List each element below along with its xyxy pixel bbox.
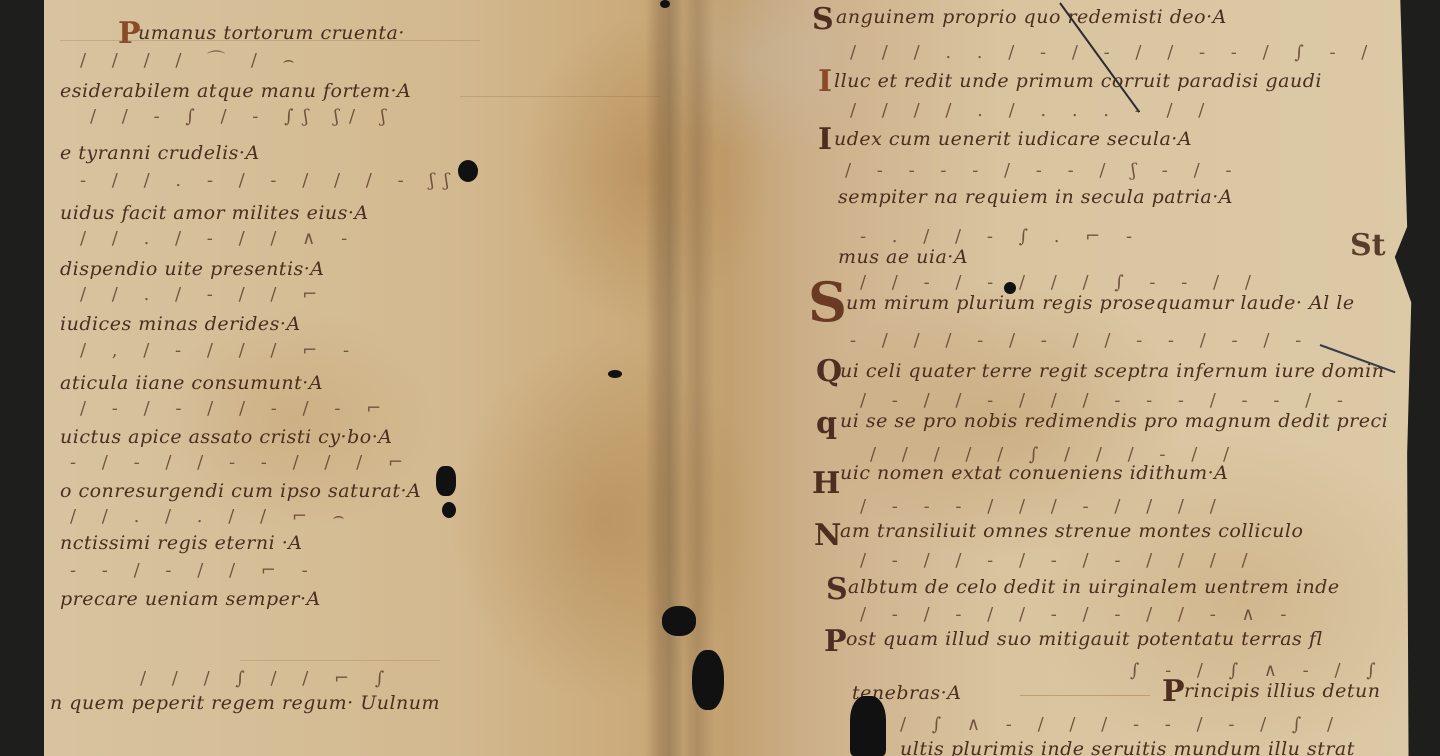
ruling-line <box>60 40 480 41</box>
neume-row: / / . / - / / ∧ - <box>80 228 357 249</box>
center-fold <box>645 0 715 756</box>
decorated-initial: S <box>808 270 847 334</box>
neume-row: / / . / - / / ⌐ <box>80 284 327 305</box>
neume-row: - / / . - / - / / / - ʃʃ <box>80 170 459 191</box>
initial-letter: I <box>818 64 832 99</box>
text-line: udex cum uenerit iudicare secula·A <box>834 128 1192 150</box>
text-line: nctissimi regis eterni ·A <box>60 532 302 554</box>
hole-damage <box>660 0 670 8</box>
text-line: lluc et redit unde primum corruit paradi… <box>834 70 1322 92</box>
hole-damage <box>458 160 478 182</box>
initial-letter: S <box>826 572 848 607</box>
neume-row: - / - / / - - / / / ⌐ <box>70 452 413 473</box>
ruling-line <box>1020 695 1150 696</box>
neume-row: - - / - / / ⌐ - <box>70 560 318 581</box>
initial-letter: S <box>812 2 834 37</box>
text-line: precare ueniam semper·A <box>60 588 321 610</box>
text-line: ui se se pro nobis redimendis pro magnum… <box>840 410 1388 432</box>
neume-row: - / / / - / - / / - - / - / - <box>850 330 1311 351</box>
initial-letter: P <box>824 624 847 659</box>
text-line: sempiter na requiem in secula patria·A <box>838 186 1233 208</box>
text-line: uictus apice assato cristi cy·bo·A <box>60 426 392 448</box>
text-line: dispendio uite presentis·A <box>60 258 325 280</box>
text-line: ui celi quater terre regit sceptra infer… <box>840 360 1384 382</box>
neume-row: / - / / - / / / - - - / - - / - <box>860 390 1353 411</box>
initial-letter: N <box>814 518 841 553</box>
neume-row: / / / / . / . . . - / / <box>850 100 1214 121</box>
neume-row: / / / / ⌒ / ⌢ <box>80 46 305 72</box>
neume-row: / - / / - / - / - / / / / <box>860 550 1258 571</box>
neume-row: / , / - / / / ⌐ - <box>80 340 359 361</box>
rubric-heading: St <box>1350 228 1386 263</box>
text-line: e tyranni crudelis·A <box>60 142 260 164</box>
hole-damage <box>1004 282 1016 294</box>
text-line: anguinem proprio quo redemisti deo·A <box>836 6 1227 28</box>
text-line: o conresurgendi cum ipso saturat·A <box>60 480 421 502</box>
neume-row: / / . / . / / ⌐ ⌢ <box>70 506 354 527</box>
initial-letter: I <box>818 122 832 157</box>
neume-row: / ∫ ∧ - / / / - - / - / ∫ / <box>900 714 1343 735</box>
neume-row: / - - - / / / - / / / / <box>860 496 1226 517</box>
text-line: esiderabilem atque manu fortem·A <box>60 80 411 102</box>
text-line: um mirum plurium regis prosequamur laude… <box>846 292 1355 314</box>
neume-row: / - - - - / - - / ʃ - / - <box>845 160 1241 181</box>
text-line: ultis plurimis inde seruitis mundum illu… <box>900 738 1355 756</box>
initial-letter: Q <box>816 354 842 389</box>
neume-row: / / / . . / - / - / / - - / ∫ - / <box>850 42 1377 63</box>
text-line: rincipis illius detun <box>1184 680 1381 702</box>
text-line: iudices minas derides·A <box>60 313 301 335</box>
text-line: n quem peperit regem regum· Uulnum <box>50 692 440 714</box>
text-line: aticula iiane consumunt·A <box>60 372 323 394</box>
text-line: uidus facit amor milites eius·A <box>60 202 369 224</box>
text-line: am transiliuit omnes strenue montes coll… <box>840 520 1303 542</box>
hole-damage <box>850 696 886 756</box>
neume-row: - . / / - ∫ . ⌐ - <box>860 226 1142 247</box>
text-line: mus ae uia·A <box>838 246 968 268</box>
text-line: ost quam illud suo mitigauit potentatu t… <box>846 628 1323 650</box>
hole-damage <box>608 370 622 378</box>
ruling-line <box>240 660 440 661</box>
initial-letter: q <box>816 406 837 441</box>
text-line: uic nomen extat conueniens idithum·A <box>840 462 1228 484</box>
hole-damage <box>436 466 456 496</box>
neume-row: / / - / - / / / ∫ - - / / <box>860 272 1261 293</box>
hole-damage <box>662 606 696 636</box>
hole-damage <box>692 650 724 710</box>
initial-letter: P <box>1162 674 1185 709</box>
neume-row: / / / ∫ / / ⌐ ∫ <box>140 668 394 689</box>
initial-letter: H <box>812 466 840 501</box>
neume-row: / - / - / / - / - / / - ∧ - <box>860 604 1297 625</box>
ruling-line <box>460 96 660 97</box>
neume-row: / / - ∫ / - ∫ʃ ʃ/ ʃ <box>90 106 396 127</box>
hole-damage <box>442 502 456 518</box>
neume-row: / - / - / / - / - ⌐ <box>80 398 391 419</box>
text-line: albtum de celo dedit in uirginalem uentr… <box>848 576 1340 598</box>
